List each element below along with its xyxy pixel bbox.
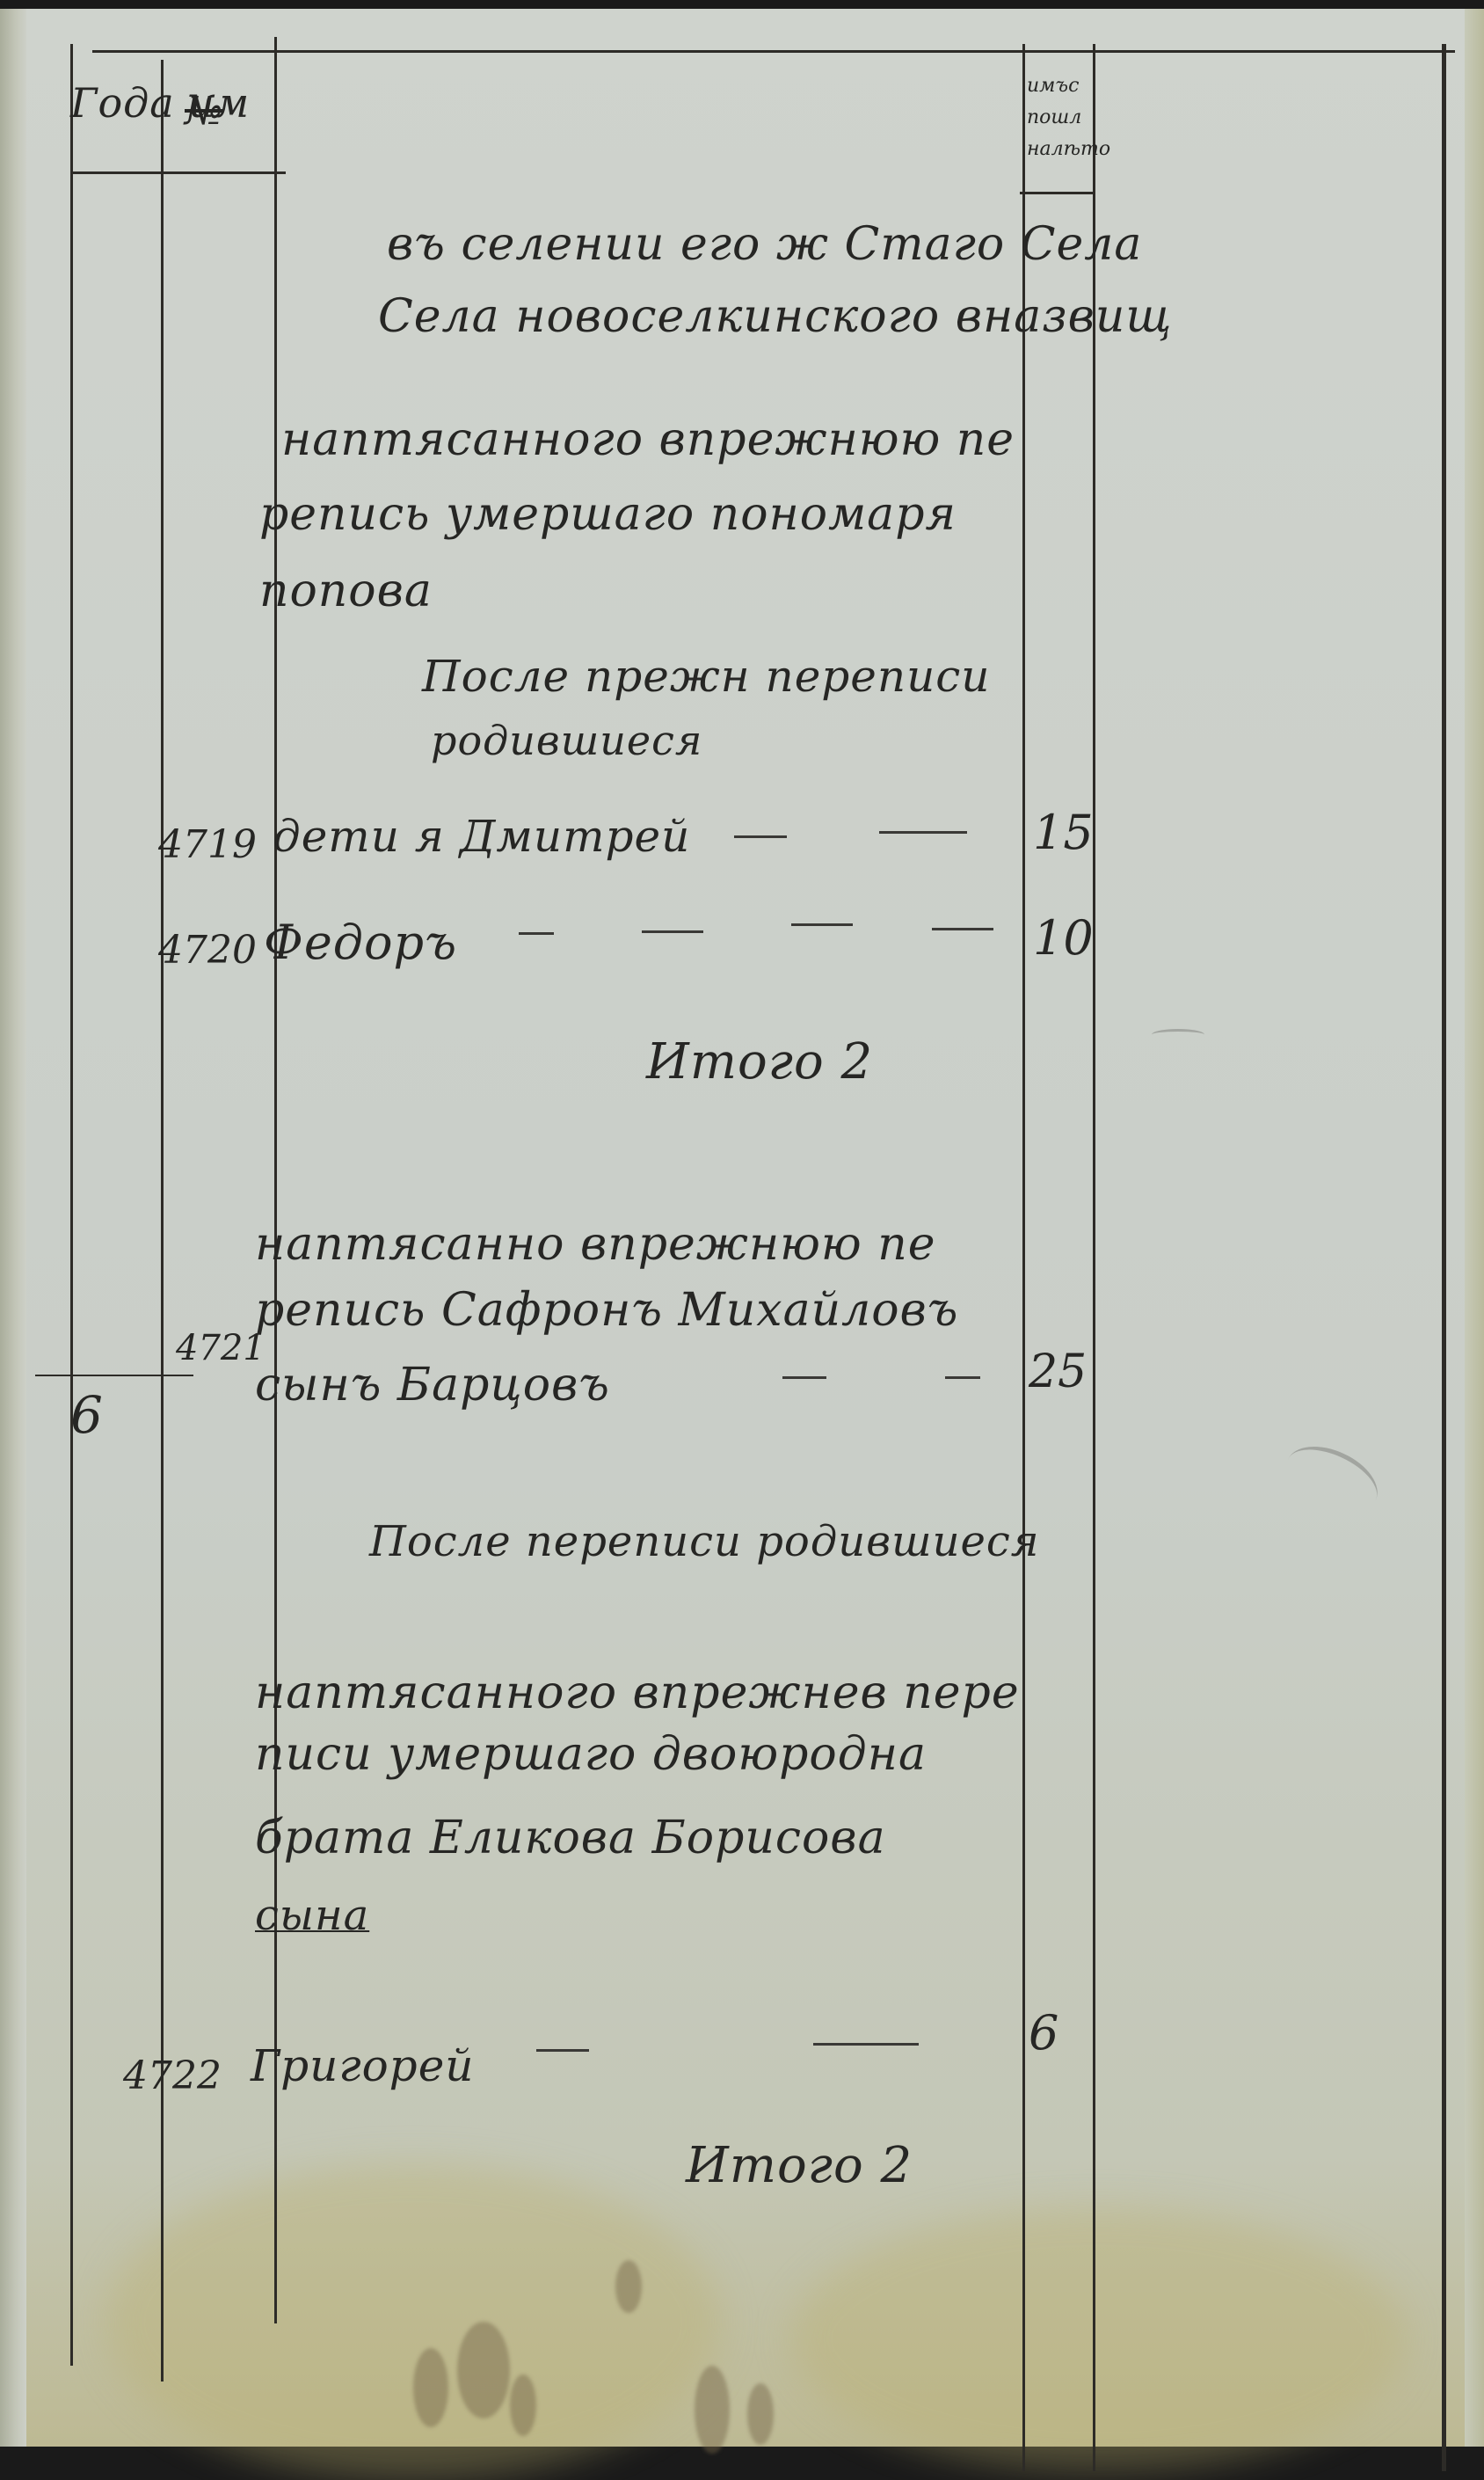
entry-name: Федоръ [264, 915, 457, 970]
entry-name: Григорей [251, 2040, 474, 2091]
entry-years: 15 [1033, 805, 1094, 860]
subheading: После переписи родившиеся [369, 1517, 1040, 1566]
entry-intro-line3: попова [259, 565, 433, 617]
page-border-rule [1442, 44, 1446, 2447]
header-years-label: имъс пошл налѣто [1027, 70, 1093, 165]
village-heading-line1: въ селении его ж Стаго Села [387, 218, 1142, 271]
margin-rule [35, 1375, 193, 1376]
column-rule [161, 60, 164, 2382]
ink-stain [615, 2260, 642, 2313]
entry-years: 25 [1029, 1346, 1087, 1398]
age-margin-number: 6 [70, 1385, 103, 1445]
dash [813, 2043, 919, 2046]
pencil-mark [1152, 1029, 1204, 1040]
dash [945, 1376, 980, 1379]
entry-intro-line4: сына [255, 1891, 369, 1940]
ink-stain [413, 2348, 448, 2427]
dash [782, 1376, 826, 1379]
paper-yellowing [791, 2207, 1407, 2447]
dash [791, 923, 853, 926]
village-heading-line2: Села новоселкинского вназвищ [378, 290, 1172, 343]
column-rule [70, 44, 73, 2366]
ink-stain [510, 2374, 536, 2436]
entry-intro-line2: репись Сафронъ Михайловъ [255, 1284, 958, 1337]
column-rule [274, 37, 277, 2323]
header-top-rule [92, 50, 1455, 53]
total-label: Итого 2 [646, 1033, 873, 1090]
entry-intro-line2: писи умершаго двоюродна [255, 1728, 927, 1781]
subheading-line2: родившиеся [431, 717, 702, 764]
entry-number: 4722 [123, 2053, 222, 2098]
header-bottom-rule [1020, 192, 1095, 194]
entry-number: 4719 [158, 822, 257, 867]
entry-years: 6 [1029, 2005, 1058, 2061]
pencil-mark [1276, 1433, 1387, 1526]
dash [519, 932, 554, 935]
header-number-label: № [185, 86, 224, 134]
dash [932, 928, 993, 930]
ink-stain [747, 2383, 774, 2445]
entry-intro-line2: репись умершаго пономаря [259, 488, 957, 541]
total-label: Итого 2 [686, 2137, 913, 2194]
header-bottom-rule [70, 171, 286, 174]
entry-intro-line1: наптясанного впрежнюю пе [281, 413, 1015, 466]
dash [879, 831, 967, 834]
entry-name: дети я Дмитрей [273, 811, 690, 862]
entry-intro-line3: брата Еликова Борисова [255, 1812, 886, 1864]
ink-stain [695, 2366, 730, 2447]
entry-intro-line1: наптясанно впрежнюю пе [255, 1218, 935, 1271]
subheading-line1: После прежн переписи [422, 651, 991, 702]
entry-years: 10 [1033, 910, 1094, 966]
dash [734, 835, 787, 838]
entry-intro-line3: сынъ Барцовъ [255, 1359, 610, 1411]
entry-number: 4721 [176, 1328, 266, 1368]
column-rule [1022, 44, 1025, 2447]
dash [536, 2049, 589, 2052]
document-page: Года им № имъс пошл налѣто въ селении ег… [0, 9, 1484, 2447]
dash [642, 930, 703, 933]
entry-number: 4720 [158, 928, 257, 973]
ink-stain [457, 2322, 510, 2418]
entry-intro-line1: наптясанного впрежнев пере [255, 1667, 1020, 1719]
column-rule [1093, 44, 1095, 2447]
